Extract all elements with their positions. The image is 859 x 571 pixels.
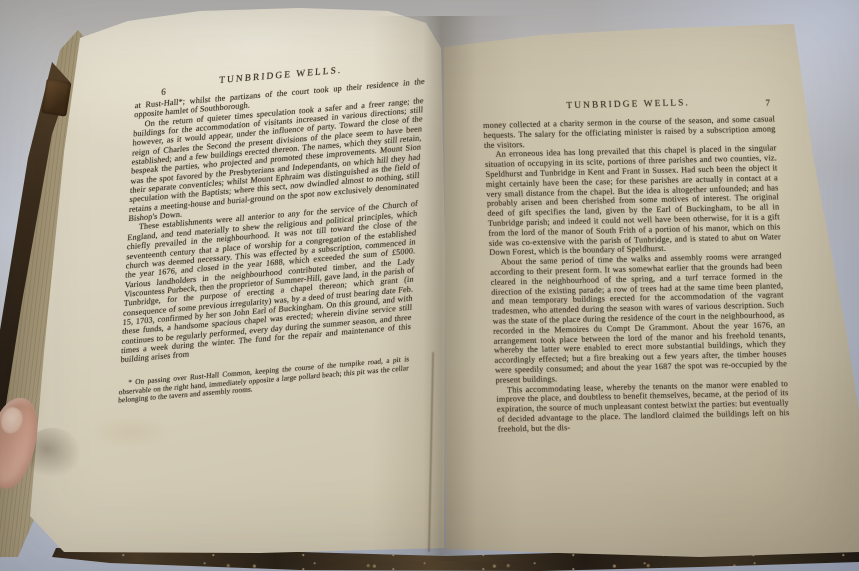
right-page-number: 7 (765, 98, 770, 108)
right-page-text: TUNBRIDGE WELLS. 7 money collected at a … (482, 97, 790, 434)
paragraph: An erroneous idea has long prevailed tha… (484, 144, 781, 258)
left-page-text: 6 TUNBRIDGE WELLS. at Rust-Hall*; whilst… (118, 60, 426, 406)
paragraph: These establishments were all anterior t… (120, 199, 418, 365)
book-photo: 6 TUNBRIDGE WELLS. at Rust-Hall*; whilst… (0, 0, 859, 571)
left-page-number: 6 (161, 87, 166, 97)
paragraph: This accommodating lease, whereby the te… (496, 379, 790, 435)
paragraph: About the same period of time the walks … (490, 251, 788, 385)
